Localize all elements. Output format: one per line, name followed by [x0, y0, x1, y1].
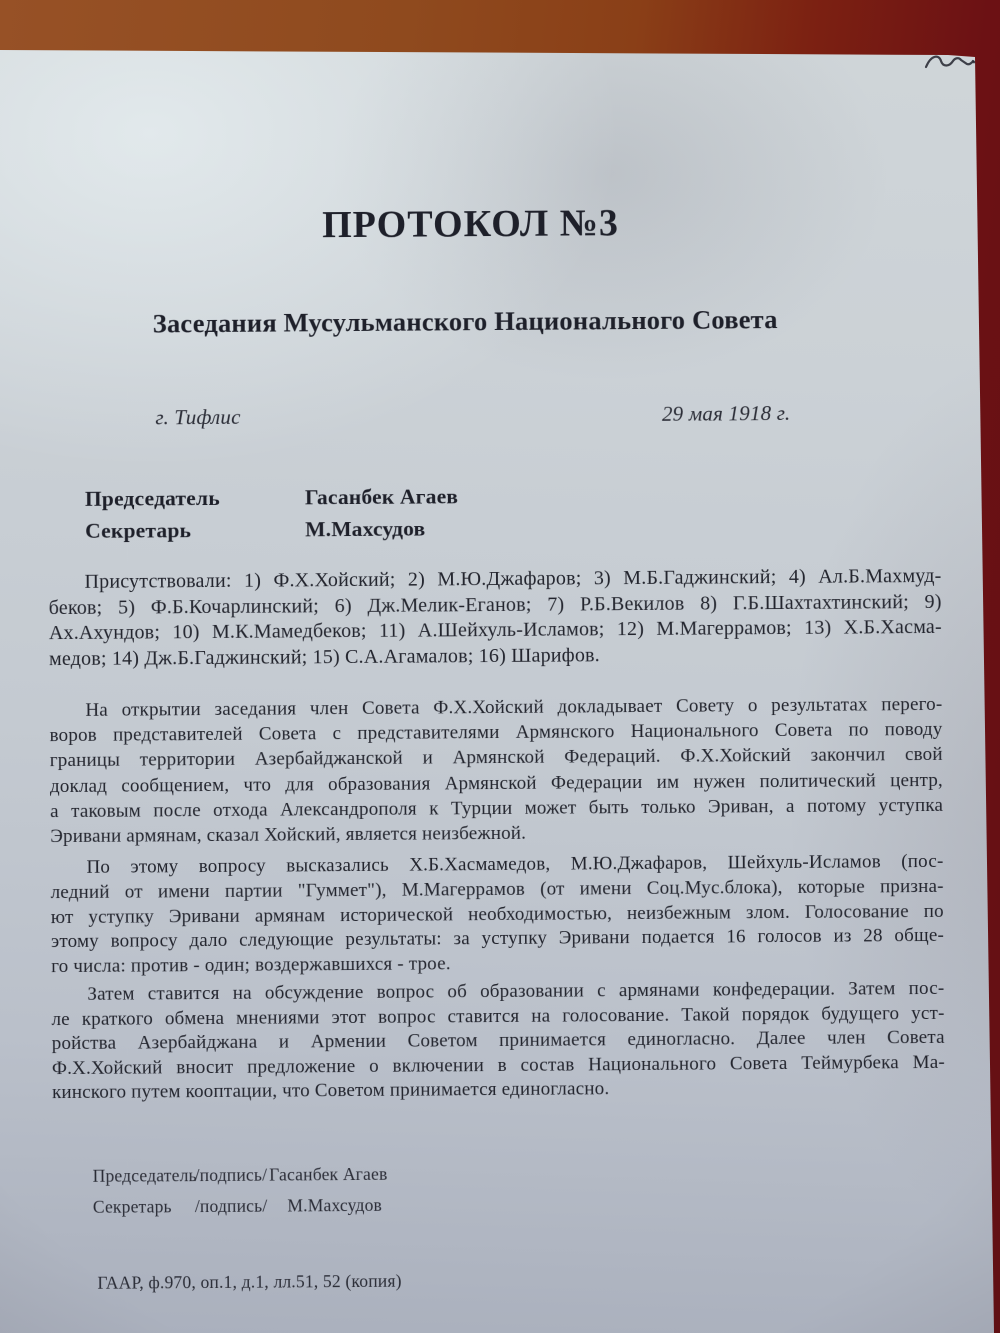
place-label: г. Тифлис	[155, 405, 240, 431]
body-line: го числа: против - один; воздержавшихся …	[51, 949, 944, 980]
body-line: кинского путем кооптации, что Советом пр…	[52, 1075, 945, 1106]
dateline: г. Тифлис 29 мая 1918 г.	[47, 400, 940, 431]
official-role: Председатель	[85, 481, 305, 515]
officials-block: ПредседательГасанбек Агаев СекретарьМ.Ма…	[48, 480, 459, 547]
signature-note: /подпись/	[195, 1196, 268, 1217]
signature-row: Секретарь/подпись/М.Махсудов	[93, 1190, 388, 1223]
official-row: ПредседательГасанбек Агаев	[85, 480, 458, 515]
signature-role: Секретарь	[93, 1191, 195, 1223]
attendees-paragraph: Присутствовали: 1) Ф.Х.Хойский; 2) М.Ю.Д…	[48, 564, 942, 672]
signature-role: Председатель	[93, 1160, 195, 1192]
body-paragraph-3: Затем ставится на обсуждение вопрос об о…	[51, 977, 945, 1106]
signature-block: Председатель/подпись/Гасанбек Агаев Секр…	[53, 1159, 388, 1223]
official-row: СекретарьМ.Махсудов	[85, 512, 458, 547]
document-subtitle: Заседания Мусульманского Национального С…	[19, 303, 912, 340]
date-label: 29 мая 1918 г.	[662, 401, 791, 427]
signature-row: Председатель/подпись/Гасанбек Агаев	[93, 1159, 388, 1192]
official-name: М.Махсудов	[305, 516, 425, 541]
official-role: Секретарь	[85, 513, 305, 547]
document-content: ПРОТОКОЛ №3 Заседания Мусульманского Нац…	[44, 0, 946, 1333]
signature-name: Гасанбек Агаев	[269, 1164, 387, 1185]
body-paragraph-2: По этому вопросу высказались Х.Б.Хасмаме…	[50, 850, 944, 980]
signature-note: /подпись/	[195, 1165, 268, 1186]
photo-of-document: ПРОТОКОЛ №3 Заседания Мусульманского Нац…	[0, 0, 1000, 1333]
official-name: Гасанбек Агаев	[305, 484, 458, 509]
signature-name: М.Махсудов	[287, 1195, 382, 1216]
body-paragraph-1: На открытии заседания член Совета Ф.Х.Хо…	[49, 692, 943, 849]
body-line: Эривани армянам, сказал Хойский, являетс…	[50, 818, 943, 849]
document-title: ПРОТОКОЛ №3	[24, 199, 917, 249]
paper-sheet: ПРОТОКОЛ №3 Заседания Мусульманского Нац…	[0, 0, 1000, 1333]
archive-reference: ГААР, ф.970, оп.1, д.1, лл.51, 52 (копия…	[53, 1271, 401, 1294]
pen-scribble-icon	[922, 50, 980, 76]
